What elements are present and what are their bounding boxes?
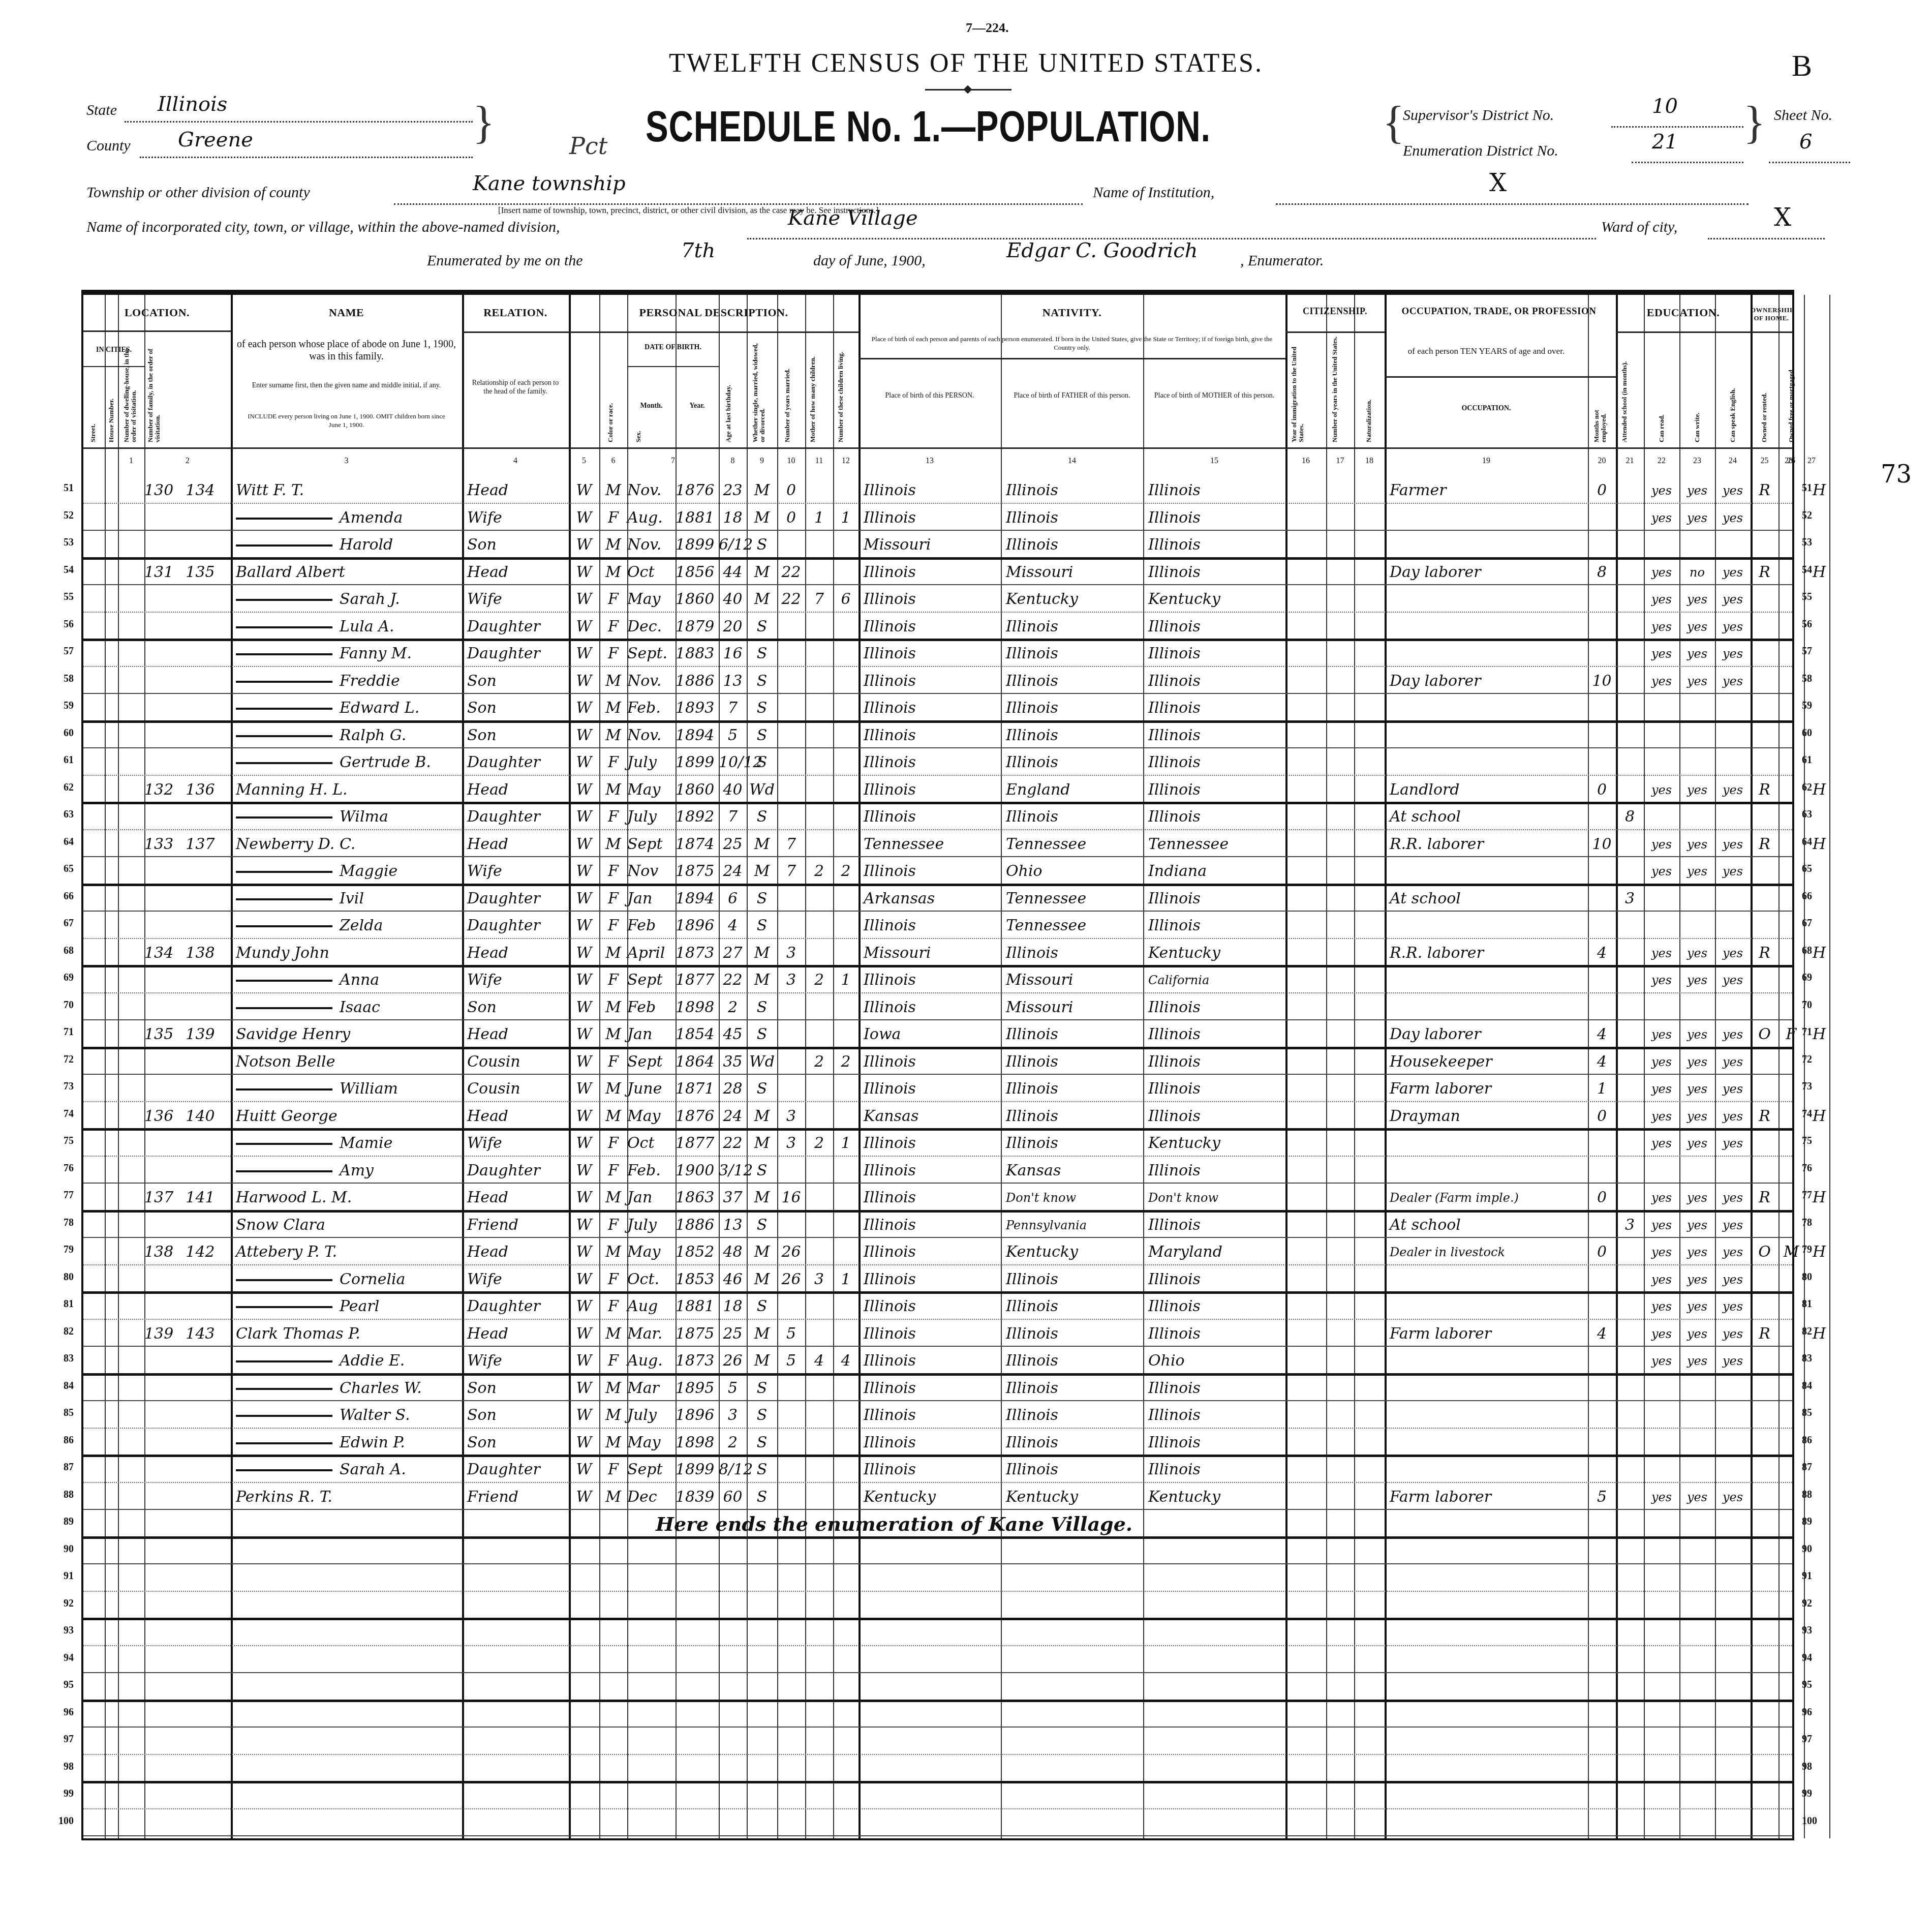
line-number: 93 — [1802, 1625, 1832, 1637]
table-row: FreddieSonWMNov.188613SIllinoisIllinoisI… — [83, 666, 1792, 694]
line-number: 79 — [43, 1244, 74, 1256]
write-cell — [1679, 884, 1715, 911]
mother-cell: Tennessee — [1148, 829, 1285, 856]
sex-cell: M — [599, 530, 627, 557]
given-name: Ivil — [340, 890, 364, 907]
mother-cell: Illinois — [1148, 639, 1285, 665]
school-cell — [1616, 938, 1644, 965]
year-cell: 1894 — [676, 884, 719, 911]
english-cell — [1715, 530, 1751, 557]
dwelling-cell: 139 — [144, 1319, 170, 1346]
father-cell: Kentucky — [1006, 1237, 1143, 1264]
given-name: Anna — [340, 971, 379, 989]
family-cell: 139 — [170, 1019, 231, 1046]
mother-cell: Illinois — [1148, 1319, 1285, 1346]
mother-of-cell — [805, 557, 833, 584]
name-cell: Addie E. — [236, 1346, 462, 1373]
read-cell: yes — [1644, 1319, 1679, 1346]
family-cell — [170, 530, 231, 557]
mother-of-header: Mother of how many children. — [809, 336, 827, 442]
color-cell: W — [569, 884, 599, 911]
english-cell: yes — [1715, 965, 1751, 992]
mother-of-cell: 2 — [805, 965, 833, 992]
mother-of-cell — [805, 829, 833, 856]
english-cell: yes — [1715, 1264, 1751, 1291]
relation-cell: Head — [467, 1101, 569, 1128]
living-cell — [833, 1183, 858, 1209]
unemployed-cell — [1588, 693, 1616, 720]
family-cell — [170, 584, 231, 611]
line-number: 54 — [1802, 564, 1832, 576]
unemployed-cell — [1588, 1346, 1616, 1373]
age-cell: 25 — [719, 1319, 747, 1346]
marital-cell: M — [747, 557, 777, 584]
occupation-cell — [1390, 992, 1588, 1019]
owned-rented-header: Owned or rented. — [1761, 361, 1768, 442]
school-cell — [1616, 1455, 1644, 1481]
father-cell: Illinois — [1006, 1264, 1143, 1291]
free-cell — [1778, 775, 1804, 802]
same-surname-dash — [236, 925, 332, 927]
mother-cell: Maryland — [1148, 1237, 1285, 1264]
name-cell: Notson Belle — [236, 1047, 462, 1074]
occupation-cell: Day laborer — [1390, 1019, 1588, 1046]
county-field: County Greene — [86, 137, 473, 155]
line-number: 68 — [1802, 945, 1832, 957]
birth-cell: Illinois — [864, 1074, 1001, 1101]
table-row-empty — [83, 1781, 1792, 1809]
birth-cell: Tennessee — [864, 829, 1001, 856]
read-cell — [1644, 1400, 1679, 1427]
marital-cell: S — [747, 693, 777, 720]
write-cell: yes — [1679, 1128, 1715, 1155]
marital-cell: S — [747, 639, 777, 665]
year-cell: 1874 — [676, 829, 719, 856]
school-cell — [1616, 639, 1644, 665]
month-cell: Oct — [627, 557, 676, 584]
year-cell: 1864 — [676, 1047, 719, 1074]
given-name: Pearl — [340, 1297, 379, 1315]
sex-cell: M — [599, 829, 627, 856]
section-name: NAME — [231, 306, 462, 319]
section-education: EDUCATION. — [1616, 306, 1751, 319]
mother-of-cell — [805, 1101, 833, 1128]
month-cell: May — [627, 775, 676, 802]
supervisor-label: Supervisor's District No. — [1403, 107, 1554, 124]
father-cell: Pennsylvania — [1006, 1210, 1143, 1237]
school-cell — [1616, 1237, 1644, 1264]
write-cell: yes — [1679, 503, 1715, 530]
write-cell: yes — [1679, 612, 1715, 639]
sex-cell: F — [599, 1264, 627, 1291]
unemployed-cell — [1588, 612, 1616, 639]
owned-cell — [1751, 1373, 1778, 1400]
unemployed-cell — [1588, 1291, 1616, 1318]
surname: Newberry — [236, 835, 313, 853]
family-cell: 140 — [170, 1101, 231, 1128]
english-cell: yes — [1715, 1019, 1751, 1046]
family-cell — [170, 1156, 231, 1183]
mother-of-cell — [805, 1210, 833, 1237]
age-cell: 22 — [719, 1128, 747, 1155]
column-number: 4 — [462, 457, 569, 466]
birth-cell: Illinois — [864, 639, 1001, 665]
living-cell — [833, 612, 858, 639]
age-cell: 10/12 — [719, 747, 747, 774]
yrs-married-cell — [777, 1019, 805, 1046]
birth-cell: Illinois — [864, 612, 1001, 639]
free-cell — [1778, 1373, 1804, 1400]
school-cell — [1616, 530, 1644, 557]
age-cell: 26 — [719, 1346, 747, 1373]
surname: Attebery — [236, 1243, 302, 1261]
read-cell: yes — [1644, 475, 1679, 502]
mother-of-cell — [805, 720, 833, 747]
owned-cell — [1751, 856, 1778, 883]
line-number: 51 — [1802, 482, 1832, 494]
dwelling-cell — [144, 1210, 170, 1237]
school-cell — [1616, 1156, 1644, 1183]
yrs-married-cell: 3 — [777, 1128, 805, 1155]
write-cell: yes — [1679, 639, 1715, 665]
column-number: 1 — [118, 457, 144, 466]
mother-of-cell — [805, 884, 833, 911]
occupation-cell — [1390, 612, 1588, 639]
line-number: 97 — [43, 1734, 74, 1745]
living-cell: 1 — [833, 503, 858, 530]
marital-cell: S — [747, 802, 777, 829]
mother-cell: Illinois — [1148, 612, 1285, 639]
free-cell — [1778, 1101, 1804, 1128]
table-row-empty — [83, 1618, 1792, 1646]
occupation-cell: Landlord — [1390, 775, 1588, 802]
line-number: 58 — [43, 673, 74, 685]
yrs-married-cell: 3 — [777, 965, 805, 992]
living-cell — [833, 1210, 858, 1237]
father-cell: Illinois — [1006, 530, 1143, 557]
dwelling-cell — [144, 666, 170, 693]
given-name: F. T. — [273, 481, 304, 499]
read-cell: yes — [1644, 1482, 1679, 1509]
age-cell: 24 — [719, 856, 747, 883]
month-cell: Sept — [627, 1455, 676, 1481]
relation-cell: Friend — [467, 1482, 569, 1509]
age-cell: 40 — [719, 775, 747, 802]
mother-cell: Illinois — [1148, 503, 1285, 530]
school-cell — [1616, 1183, 1644, 1209]
read-cell: yes — [1644, 829, 1679, 856]
year-cell: 1873 — [676, 938, 719, 965]
family-cell — [170, 503, 231, 530]
dwelling-cell — [144, 612, 170, 639]
sex-cell: F — [599, 612, 627, 639]
name-cell: Gertrude B. — [236, 747, 462, 774]
surname: Huitt — [236, 1107, 276, 1125]
table-row: CorneliaWifeWFOct.185346M2631IllinoisIll… — [83, 1264, 1792, 1294]
write-cell: yes — [1679, 1482, 1715, 1509]
school-cell — [1616, 666, 1644, 693]
name-cell: Ballard Albert — [236, 557, 462, 584]
given-name: Cornelia — [340, 1270, 406, 1288]
mother-of-cell: 2 — [805, 856, 833, 883]
free-cell — [1778, 856, 1804, 883]
table-row: Sarah J.WifeWFMay186040M2276IllinoisKent… — [83, 584, 1792, 613]
name-cell: Freddie — [236, 666, 462, 693]
owned-cell: O — [1751, 1237, 1778, 1264]
color-cell: W — [569, 965, 599, 992]
birth-cell: Illinois — [864, 1400, 1001, 1427]
write-cell: yes — [1679, 1291, 1715, 1318]
age-cell: 46 — [719, 1264, 747, 1291]
unemployed-cell — [1588, 503, 1616, 530]
table-row-empty — [83, 1727, 1792, 1755]
unemployed-cell — [1588, 1128, 1616, 1155]
marital-cell: M — [747, 1183, 777, 1209]
mother-cell: Kentucky — [1148, 938, 1285, 965]
english-cell — [1715, 1428, 1751, 1455]
unemployed-cell: 10 — [1588, 666, 1616, 693]
school-cell — [1616, 557, 1644, 584]
dwelling-cell — [144, 1373, 170, 1400]
same-surname-dash — [236, 544, 332, 547]
english-cell: yes — [1715, 1128, 1751, 1155]
line-number: 83 — [43, 1353, 74, 1365]
form-number: 7—224. — [966, 20, 1009, 36]
right-brace-2: } — [1743, 97, 1765, 149]
color-cell: W — [569, 1047, 599, 1074]
dwelling-number-header: Number of dwelling-house, in the order o… — [123, 336, 141, 442]
marital-cell: M — [747, 938, 777, 965]
birth-cell: Illinois — [864, 911, 1001, 937]
nativity-description: Place of birth of each person and parent… — [864, 335, 1280, 352]
column-number: 9 — [747, 457, 777, 466]
unemployed-cell: 0 — [1588, 1101, 1616, 1128]
column-number: 6 — [599, 457, 627, 466]
line-number: 99 — [1802, 1788, 1832, 1800]
yrs-married-cell: 0 — [777, 475, 805, 502]
name-cell: Wilma — [236, 802, 462, 829]
month-cell: Sept. — [627, 639, 676, 665]
line-number: 61 — [43, 754, 74, 766]
line-number: 89 — [43, 1516, 74, 1528]
year-header: Year. — [676, 402, 719, 410]
table-row: Gertrude B.DaughterWFJuly189910/12SIllin… — [83, 747, 1792, 776]
family-cell — [170, 693, 231, 720]
month-cell: Sept — [627, 1047, 676, 1074]
age-cell: 7 — [719, 802, 747, 829]
relation-cell: Head — [467, 1237, 569, 1264]
sex-cell: F — [599, 884, 627, 911]
unemployed-cell — [1588, 802, 1616, 829]
occupation-cell — [1390, 693, 1588, 720]
year-cell: 1854 — [676, 1019, 719, 1046]
birthplace-person-header: Place of birth of this PERSON. — [869, 391, 991, 400]
naturalization-header: Naturalization. — [1365, 371, 1372, 442]
year-cell: 1894 — [676, 720, 719, 747]
birth-cell: Illinois — [864, 856, 1001, 883]
given-name: Charles W. — [340, 1379, 422, 1397]
line-number: 70 — [1802, 1000, 1832, 1011]
english-cell: yes — [1715, 829, 1751, 856]
owned-cell — [1751, 1346, 1778, 1373]
name-description: of each person whose place of abode on J… — [236, 338, 457, 362]
relation-cell: Head — [467, 1183, 569, 1209]
unemployed-cell — [1588, 1428, 1616, 1455]
given-name: Zelda — [340, 917, 383, 934]
write-cell — [1679, 1428, 1715, 1455]
given-name: Thomas P. — [283, 1325, 360, 1343]
same-surname-dash — [236, 1143, 332, 1145]
write-cell — [1679, 747, 1715, 774]
year-cell: 1881 — [676, 1291, 719, 1318]
occupation-cell — [1390, 720, 1588, 747]
birth-cell: Missouri — [864, 530, 1001, 557]
name-cell: Mamie — [236, 1128, 462, 1155]
line-number: 94 — [1802, 1652, 1832, 1664]
birth-cell: Illinois — [864, 992, 1001, 1019]
living-cell — [833, 775, 858, 802]
mother-cell: Illinois — [1148, 1019, 1285, 1046]
name-cell: Clark Thomas P. — [236, 1319, 462, 1346]
given-name: R. T. — [298, 1488, 332, 1506]
month-cell: April — [627, 938, 676, 965]
english-cell — [1715, 747, 1751, 774]
line-number: 57 — [1802, 646, 1832, 657]
table-row: Edwin P.SonWMMay18982SIllinoisIllinoisIl… — [83, 1428, 1792, 1458]
sheet-value: 6 — [1799, 130, 1812, 154]
relation-cell: Wife — [467, 584, 569, 611]
column-number: 24 — [1715, 457, 1751, 466]
living-cell — [833, 1455, 858, 1481]
family-cell — [170, 1400, 231, 1427]
family-cell: 138 — [170, 938, 231, 965]
line-number: 60 — [1802, 728, 1832, 739]
given-name: Isaac — [340, 998, 380, 1016]
father-cell: England — [1006, 775, 1143, 802]
same-surname-dash — [236, 626, 332, 628]
line-number: 80 — [43, 1271, 74, 1283]
father-cell: Missouri — [1006, 557, 1143, 584]
english-cell: yes — [1715, 1101, 1751, 1128]
owned-cell: R — [1751, 938, 1778, 965]
year-cell: 1860 — [676, 775, 719, 802]
relation-cell: Son — [467, 720, 569, 747]
column-number: 22 — [1644, 457, 1679, 466]
english-cell: yes — [1715, 775, 1751, 802]
unemployed-cell: 10 — [1588, 829, 1616, 856]
unemployed-cell — [1588, 1264, 1616, 1291]
relation-cell: Son — [467, 530, 569, 557]
color-cell: W — [569, 639, 599, 665]
occupation-cell — [1390, 1128, 1588, 1155]
line-number: 60 — [43, 728, 74, 739]
marital-cell: S — [747, 884, 777, 911]
table-row: WilmaDaughterWFJuly18927SIllinoisIllinoi… — [83, 802, 1792, 830]
read-cell: yes — [1644, 1210, 1679, 1237]
school-cell — [1616, 584, 1644, 611]
line-number: 57 — [43, 646, 74, 657]
owned-cell — [1751, 802, 1778, 829]
living-cell — [833, 639, 858, 665]
given-name: William — [340, 1080, 398, 1098]
table-row: IvilDaughterWFJan18946SArkansasTennessee… — [83, 884, 1792, 912]
marital-cell: S — [747, 612, 777, 639]
school-cell — [1616, 503, 1644, 530]
write-cell: yes — [1679, 1237, 1715, 1264]
color-cell: W — [569, 612, 599, 639]
year-cell: 1860 — [676, 584, 719, 611]
mother-of-cell: 4 — [805, 1346, 833, 1373]
page-stamp: 73 — [1881, 460, 1912, 489]
section-personal-description: PERSONAL DESCRIPTION. — [569, 306, 858, 319]
marital-cell: M — [747, 1101, 777, 1128]
unemployed-cell — [1588, 530, 1616, 557]
table-row: ZeldaDaughterWFFeb18964SIllinoisTennesse… — [83, 911, 1792, 939]
marital-cell: M — [747, 475, 777, 502]
table-row-empty — [83, 1808, 1792, 1837]
living-cell — [833, 557, 858, 584]
same-surname-dash — [236, 1388, 332, 1390]
occupation-cell — [1390, 584, 1588, 611]
color-cell: W — [569, 1019, 599, 1046]
name-cell: Walter S. — [236, 1400, 462, 1427]
line-number: 51 — [43, 482, 74, 494]
yrs-married-cell — [777, 1291, 805, 1318]
year-cell: 1896 — [676, 911, 719, 937]
line-number: 85 — [43, 1407, 74, 1419]
line-number: 62 — [43, 782, 74, 794]
family-cell — [170, 1128, 231, 1155]
english-cell: yes — [1715, 612, 1751, 639]
column-number: 7 — [627, 457, 719, 466]
same-surname-dash — [236, 735, 332, 737]
age-cell: 45 — [719, 1019, 747, 1046]
same-surname-dash — [236, 1415, 332, 1417]
owned-cell — [1751, 1047, 1778, 1074]
mother-cell: Illinois — [1148, 1455, 1285, 1481]
name-include-omit: INCLUDE every person living on June 1, 1… — [246, 412, 447, 429]
line-number: 61 — [1802, 754, 1832, 766]
color-cell: W — [569, 1428, 599, 1455]
year-cell: 1893 — [676, 693, 719, 720]
color-cell: W — [569, 1319, 599, 1346]
marital-cell: S — [747, 1074, 777, 1101]
mother-cell: Illinois — [1148, 1074, 1285, 1101]
father-cell: Don't know — [1006, 1183, 1143, 1209]
owned-cell: R — [1751, 1319, 1778, 1346]
birth-cell: Illinois — [864, 1346, 1001, 1373]
mother-of-cell — [805, 1482, 833, 1509]
marital-cell: S — [747, 1428, 777, 1455]
birth-cell: Illinois — [864, 1373, 1001, 1400]
read-cell — [1644, 911, 1679, 937]
read-cell: yes — [1644, 639, 1679, 665]
mother-cell: Illinois — [1148, 1264, 1285, 1291]
unemployed-cell: 4 — [1588, 1047, 1616, 1074]
age-cell: 40 — [719, 584, 747, 611]
birth-cell: Illinois — [864, 1183, 1001, 1209]
sex-cell: M — [599, 1400, 627, 1427]
attended-school-header: Attended school (in months). — [1621, 336, 1639, 442]
column-number: 18 — [1354, 457, 1385, 466]
occupation-cell: At school — [1390, 1210, 1588, 1237]
yrs-married-cell — [777, 911, 805, 937]
unemployed-cell — [1588, 1455, 1616, 1481]
color-cell: W — [569, 1482, 599, 1509]
marital-cell: S — [747, 1373, 777, 1400]
table-row: Fanny M.DaughterWFSept.188316SIllinoisIl… — [83, 639, 1792, 667]
year-cell: 1873 — [676, 1346, 719, 1373]
